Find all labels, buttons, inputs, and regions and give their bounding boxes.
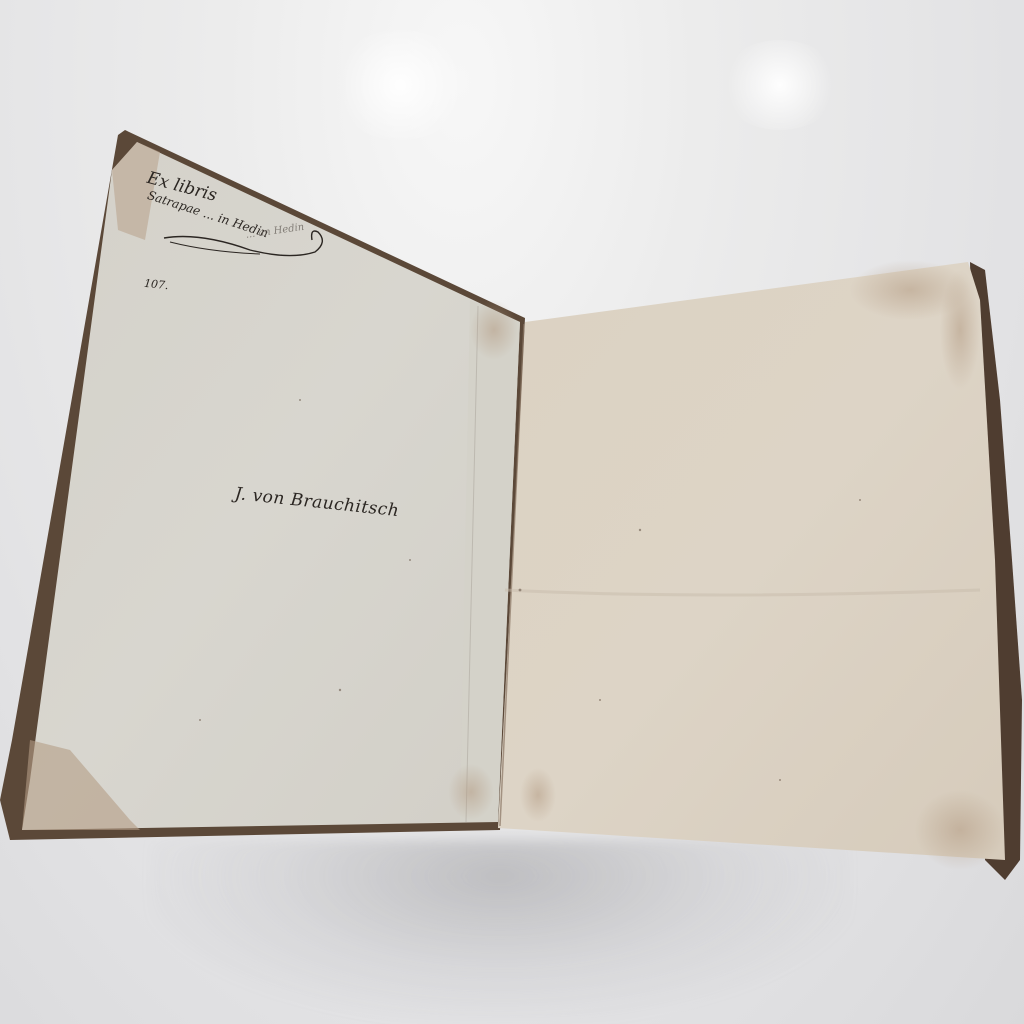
shelf-number: 107. [143,277,169,292]
open-book [0,0,1024,1024]
right-page [498,260,1005,870]
